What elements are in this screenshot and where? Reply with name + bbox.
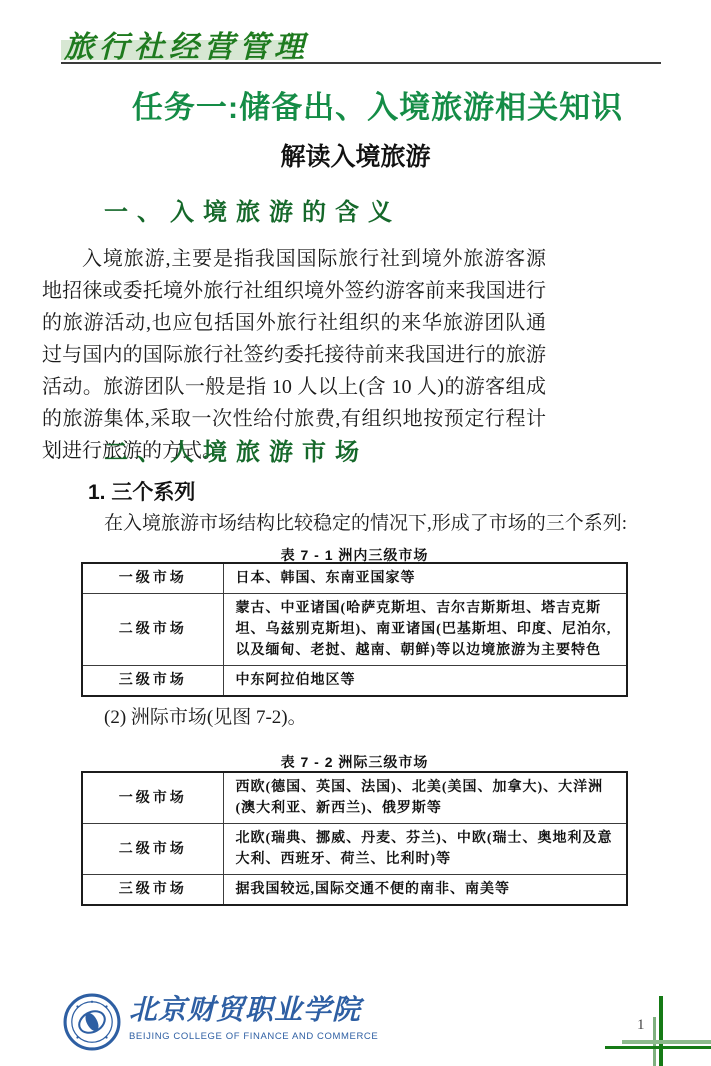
table-2-caption: 表 7 - 2 洲际三级市场 <box>81 752 628 772</box>
row-content-cell: 北欧(瑞典、挪威、丹麦、芬兰)、中欧(瑞士、奥地利及意大利、西班牙、荷兰、比利时… <box>223 824 627 875</box>
section-heading-1: 一、入境旅游的含义 <box>104 192 401 227</box>
table-row: 三级市场 据我国较远,国际交通不便的南非、南美等 <box>82 875 627 906</box>
item-text: (2) 洲际市场(见图 7-2)。 <box>104 702 307 729</box>
corner-line-horizontal-dark <box>605 1046 711 1049</box>
college-name-cn: 北京财贸职业学院 <box>129 993 378 1029</box>
table-row: 一级市场 日本、韩国、东南亚国家等 <box>82 563 627 594</box>
corner-line-horizontal-light <box>622 1040 711 1044</box>
row-label-cell: 二级市场 <box>82 594 223 666</box>
college-logo: 北京财贸职业学院 BEIJING COLLEGE OF FINANCE AND … <box>63 993 378 1051</box>
table-row: 二级市场 蒙古、中亚诸国(哈萨克斯坦、吉尔吉斯斯坦、塔吉克斯坦、乌兹别克斯坦)、… <box>82 594 627 666</box>
page-number: 1 <box>637 1017 645 1034</box>
corner-line-vertical-dark <box>659 996 663 1066</box>
row-content-cell: 日本、韩国、东南亚国家等 <box>223 563 627 594</box>
row-label-cell: 三级市场 <box>82 666 223 697</box>
row-content-cell: 据我国较远,国际交通不便的南非、南美等 <box>223 875 627 906</box>
row-label-cell: 一级市场 <box>82 772 223 824</box>
header-divider <box>61 62 661 64</box>
brand-title: 旅行社经营管理 <box>64 22 309 66</box>
row-label-cell: 二级市场 <box>82 824 223 875</box>
logo-text-block: 北京财贸职业学院 BEIJING COLLEGE OF FINANCE AND … <box>129 993 378 1042</box>
row-label-cell: 一级市场 <box>82 563 223 594</box>
page-subtitle: 解读入境旅游 <box>0 137 711 173</box>
page-container: 旅行社经营管理 任务一:储备出、入境旅游相关知识 解读入境旅游 一、入境旅游的含… <box>0 0 711 1066</box>
row-content-cell: 蒙古、中亚诸国(哈萨克斯坦、吉尔吉斯斯坦、塔吉克斯坦、乌兹别克斯坦)、南亚诸国(… <box>223 594 627 666</box>
row-label-cell: 三级市场 <box>82 875 223 906</box>
intro-text: 在入境旅游市场结构比较稳定的情况下,形成了市场的三个系列: <box>104 508 627 535</box>
table-row: 一级市场 西欧(德国、英国、法国)、北美(美国、加拿大)、大洋洲(澳大利亚、新西… <box>82 772 627 824</box>
section-heading-2: 二、人境旅游市场 <box>104 432 368 467</box>
inter-continental-market-table: 一级市场 西欧(德国、英国、法国)、北美(美国、加拿大)、大洋洲(澳大利亚、新西… <box>81 771 628 906</box>
intra-continental-market-table: 一级市场 日本、韩国、东南亚国家等 二级市场 蒙古、中亚诸国(哈萨克斯坦、吉尔吉… <box>81 562 628 697</box>
college-seal-icon <box>63 993 121 1051</box>
row-content-cell: 中东阿拉伯地区等 <box>223 666 627 697</box>
table-row: 二级市场 北欧(瑞典、挪威、丹麦、芬兰)、中欧(瑞士、奥地利及意大利、西班牙、荷… <box>82 824 627 875</box>
subsection-heading: 1. 三个系列 <box>88 476 195 506</box>
college-name-en: BEIJING COLLEGE OF FINANCE AND COMMERCE <box>129 1031 378 1042</box>
page-title: 任务一:储备出、入境旅游相关知识 <box>0 82 711 127</box>
table-row: 三级市场 中东阿拉伯地区等 <box>82 666 627 697</box>
row-content-cell: 西欧(德国、英国、法国)、北美(美国、加拿大)、大洋洲(澳大利亚、新西兰)、俄罗… <box>223 772 627 824</box>
